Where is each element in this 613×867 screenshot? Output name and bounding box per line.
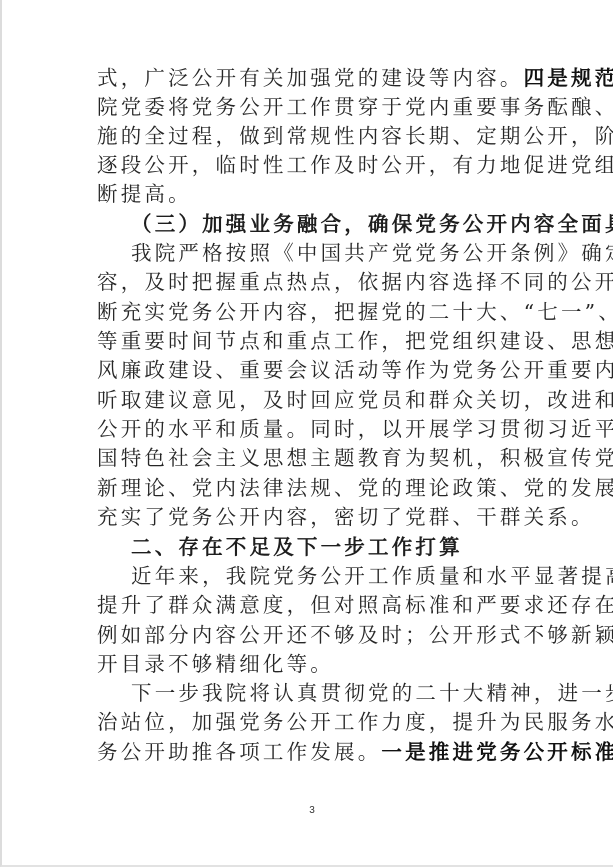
text-line-18: 近年来，我院党务公开工作质量和水平显著提高，切实	[131, 562, 571, 591]
text-line-21: 开目录不够精细化等。	[97, 650, 537, 679]
text-line-24: 务公开助推各项工作发展。一是推进党务公开标准化规范化，	[97, 738, 537, 767]
page-number: 3	[307, 805, 317, 816]
text-line-4: 逐段公开，临时性工作及时公开，有力地促进党组织能力不	[97, 151, 537, 180]
text-line-9: 断充实党务公开内容，把握党的二十大、“七一”、“十一”、	[97, 298, 537, 327]
text-line-13: 公开的水平和质量。同时，以开展学习贯彻习近平新时代中	[97, 415, 537, 444]
text-line-3: 施的全过程，做到常规性内容长期、定期公开，阶段性内容	[97, 122, 537, 151]
text-segment: 务公开助推各项工作发展。	[97, 740, 381, 764]
text-line-5: 断提高。	[97, 180, 537, 209]
text-line-20: 例如部分内容公开还不够及时；公开形式不够新颖多样；公	[97, 621, 537, 650]
section-heading-3: （三）加强业务融合，确保党务公开内容全面具体	[131, 210, 571, 239]
text-line-15: 新理论、党内法律法规、党的理论政策、党的发展历史等，	[97, 474, 537, 503]
text-line-23: 治站位，加强党务公开工作力度，提升为民服务水平，以党	[97, 708, 537, 737]
text-line-11: 风廉政建设、重要会议活动等作为党务公开重要内容，主动	[97, 356, 537, 385]
text-line-8: 容，及时把握重点热点，依据内容选择不同的公开形式，不	[97, 268, 537, 297]
section-heading-2: 二、存在不足及下一步工作打算	[131, 533, 571, 562]
text-line-1: 式，广泛公开有关加强党的建设等内容。四是规范公开时限。	[97, 64, 537, 93]
text-line-16: 充实了党务公开内容，密切了党群、干群关系。	[97, 503, 537, 532]
text-line-7: 我院严格按照《中国共产党党务公开条例》确定公开内	[131, 239, 571, 268]
document-page: 式，广泛公开有关加强党的建设等内容。四是规范公开时限。 院党委将党务公开工作贯穿…	[0, 0, 613, 867]
text-line-2: 院党委将党务公开工作贯穿于党内重要事务酝酿、决策和实	[97, 93, 537, 122]
text-line-14: 国特色社会主义思想主题教育为契机，积极宣传党的新思想	[97, 444, 537, 473]
text-line-19: 提升了群众满意度，但对照高标准和严要求还存在一些不足，	[97, 591, 537, 620]
bold-text-segment: 四是规范公开时限。	[524, 66, 613, 90]
text-line-12: 听取建议意见，及时回应党员和群众关切，改进和提高党务	[97, 386, 537, 415]
text-segment: 式，广泛公开有关加强党的建设等内容。	[97, 66, 524, 90]
text-line-22: 下一步我院将认真贯彻党的二十大精神，进一步提高政	[131, 679, 571, 708]
text-line-10: 等重要时间节点和重点工作，把党组织建设、思想教育、党	[97, 327, 537, 356]
bold-text-segment: 一是推进党务公开标准化规范化，	[381, 740, 613, 764]
